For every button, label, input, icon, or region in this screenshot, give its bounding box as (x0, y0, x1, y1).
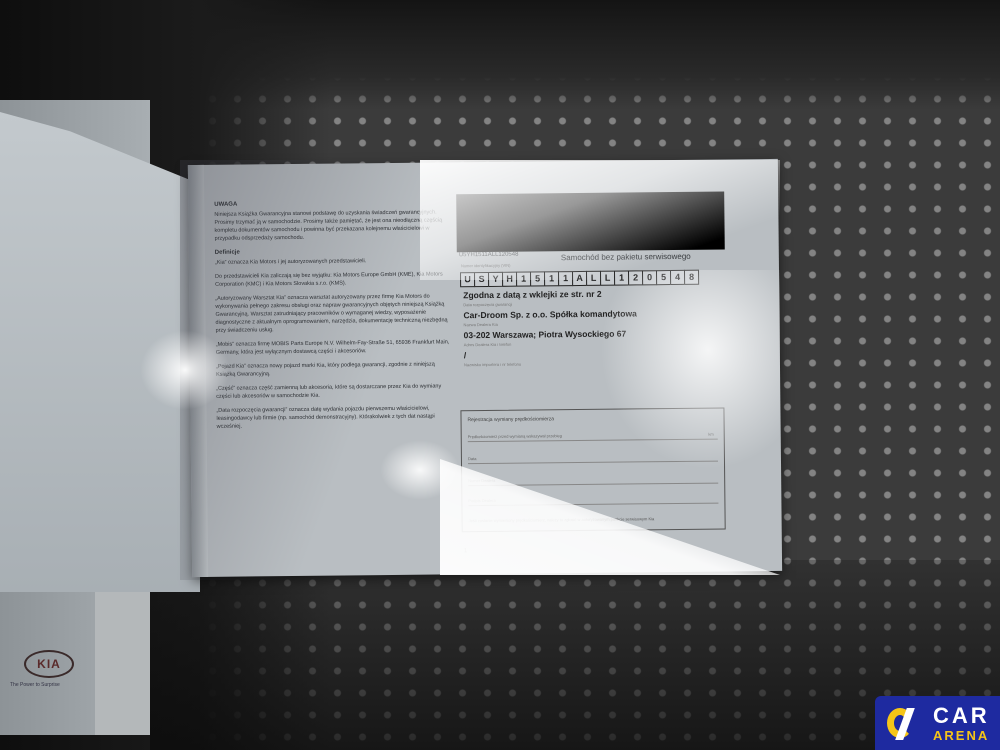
notice-heading: UWAGA (214, 198, 450, 208)
speedometer-registration-box: Rejestracja wymiany prędkościomierza Prę… (460, 407, 725, 532)
registration-line: Data (468, 461, 718, 465)
importer-label: Nazwisko importera i nr telefonu (464, 362, 521, 368)
dealer-name-label: Nazwa Dealera Kia (464, 322, 498, 327)
vin-char-box: S (474, 272, 489, 287)
registration-title: Rejestracja wymiany prędkościomierza (468, 416, 554, 423)
registration-line: Prędkościomierz przed wymianą wskazywał … (468, 439, 718, 443)
vin-char-box: 5 (656, 270, 671, 285)
vin-char-box: A (572, 271, 587, 286)
registration-line: Podpis Dealera (468, 503, 718, 507)
vin-label: Numer identyfikacyjny (VIN) (461, 263, 511, 269)
vin-char-box: H (502, 272, 517, 287)
kia-slogan: The Power to Surprise (10, 682, 60, 688)
vin-char-box: Y (488, 272, 503, 287)
vin-char-box: 1 (558, 271, 573, 286)
vin-char-box: 1 (544, 271, 559, 286)
notice-text: Niniejsza Książka Gwarancyjna stanowi po… (214, 208, 450, 242)
seat-bottom-shadow (150, 560, 1000, 750)
importer-field: / (464, 350, 466, 360)
vin-char-box: 5 (530, 271, 545, 286)
vin-partial: U5YH1511ALL120548 (459, 252, 519, 259)
warranty-booklet-spread: UWAGA Niniejsza Książka Gwarancyjna stan… (188, 159, 782, 577)
definition-item: „Data rozpoczęcia gwarancji” oznacza dat… (216, 404, 452, 430)
kia-logo-icon: KIA (24, 650, 74, 678)
dealer-address-label: Adres Dealera Kia i telefon (464, 342, 512, 347)
car-arena-logo-icon (887, 706, 927, 740)
warranty-start-label: Data rozpoczęcia gwarancji (463, 302, 512, 308)
definition-item: „Część” oznacza część zamienną lub akces… (216, 382, 452, 400)
vin-char-box: 1 (614, 270, 629, 285)
watermark-line2: ARENA (933, 729, 990, 742)
vin-char-box: L (600, 271, 615, 286)
car-arena-watermark: CAR ARENA (875, 696, 1000, 750)
definition-item: „Pojazd Kia” oznacza nowy pojazd marki K… (216, 360, 452, 378)
booklet-left-page: UWAGA Niniejsza Książka Gwarancyjna stan… (214, 198, 452, 436)
booklet-spine (188, 165, 208, 577)
vin-char-box: 8 (684, 270, 699, 285)
service-note: Samochód bez pakietu serwisowego (561, 252, 691, 262)
vin-boxes: USYH1511ALL120548 (461, 270, 699, 287)
page-number: 1 (464, 548, 467, 554)
registration-line: Numer Dealera (468, 483, 718, 487)
definition-item: „Kia” oznacza Kia Motors i jej autoryzow… (215, 256, 451, 266)
dealer-address-field: 03-202 Warszawa; Piotra Wysockiego 67 (464, 329, 627, 341)
vin-char-box: 2 (628, 270, 643, 285)
warranty-start-field: Zgodna z datą z wklejki ze str. nr 2 (463, 289, 602, 300)
watermark-line1: CAR (933, 705, 990, 727)
vin-char-box: 1 (516, 272, 531, 287)
vin-char-box: 0 (642, 270, 657, 285)
booklet-cover-page (0, 112, 200, 592)
vin-char-box: 4 (670, 270, 685, 285)
redacted-block (456, 191, 725, 252)
definitions-heading: Definicje (215, 246, 451, 256)
vin-char-box: U (460, 272, 475, 287)
definition-item: „Mobis” oznacza firmę MOBIS Parts Europe… (216, 338, 452, 356)
dealer-name-field: Car-Droom Sp. z o.o. Spółka komandytowa (463, 308, 636, 320)
definition-item: Do przedstawicieli Kia zaliczają się bez… (215, 270, 451, 288)
definition-item: „Autoryzowany Warsztat Kia” oznacza wars… (215, 292, 451, 334)
registration-footer: Jeśli zostanie wymieniony prędkościomier… (469, 516, 655, 523)
vin-char-box: L (586, 271, 601, 286)
